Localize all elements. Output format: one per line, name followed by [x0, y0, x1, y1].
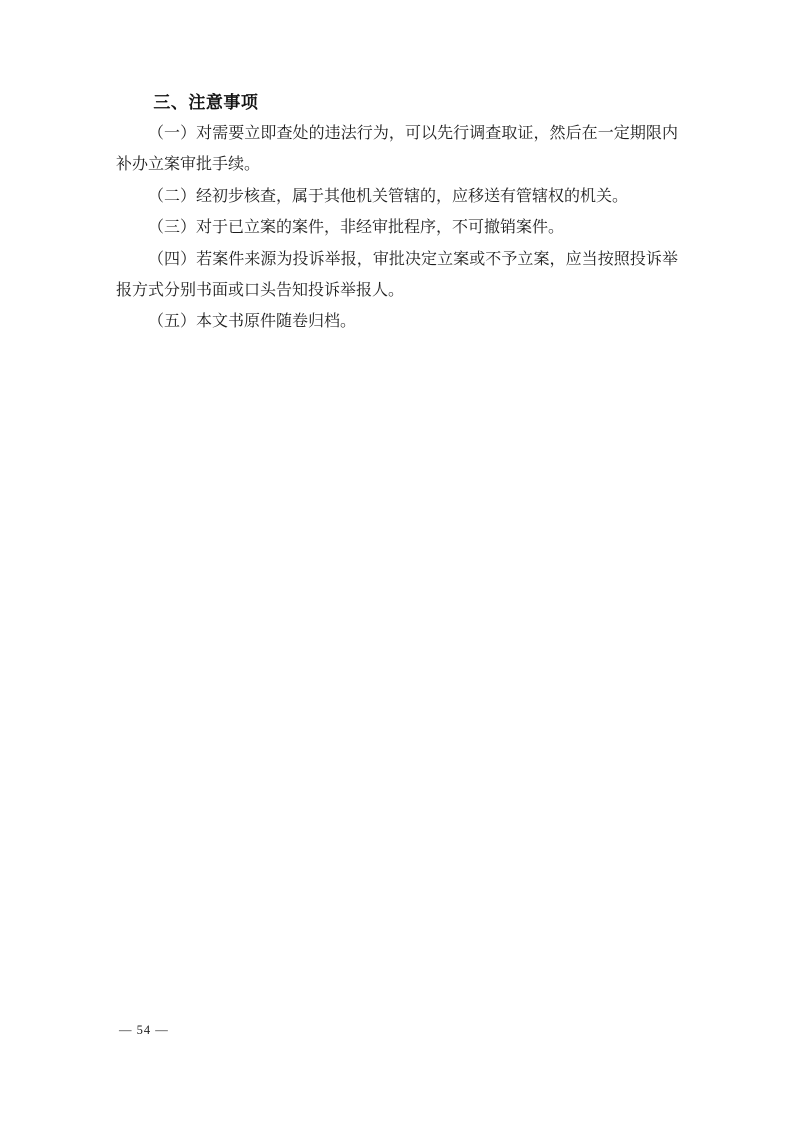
document-page: 三、注意事项 （一）对需要立即查处的违法行为，可以先行调查取证，然后在一定期限内… — [0, 0, 793, 1122]
section-heading: 三、注意事项 — [116, 87, 678, 118]
paragraph-item-4: （四）若案件来源为投诉举报，审批决定立案或不予立案，应当按照投诉举报方式分别书面… — [116, 244, 678, 307]
paragraph-item-5: （五）本文书原件随卷归档。 — [116, 306, 678, 337]
page-number: — 54 — — [119, 1022, 169, 1038]
document-body: 三、注意事项 （一）对需要立即查处的违法行为，可以先行调查取证，然后在一定期限内… — [116, 87, 678, 338]
paragraph-item-1: （一）对需要立即查处的违法行为，可以先行调查取证，然后在一定期限内补办立案审批手… — [116, 118, 678, 181]
paragraph-item-2: （二）经初步核查，属于其他机关管辖的，应移送有管辖权的机关。 — [116, 181, 678, 212]
paragraph-item-3: （三）对于已立案的案件，非经审批程序，不可撤销案件。 — [116, 212, 678, 243]
